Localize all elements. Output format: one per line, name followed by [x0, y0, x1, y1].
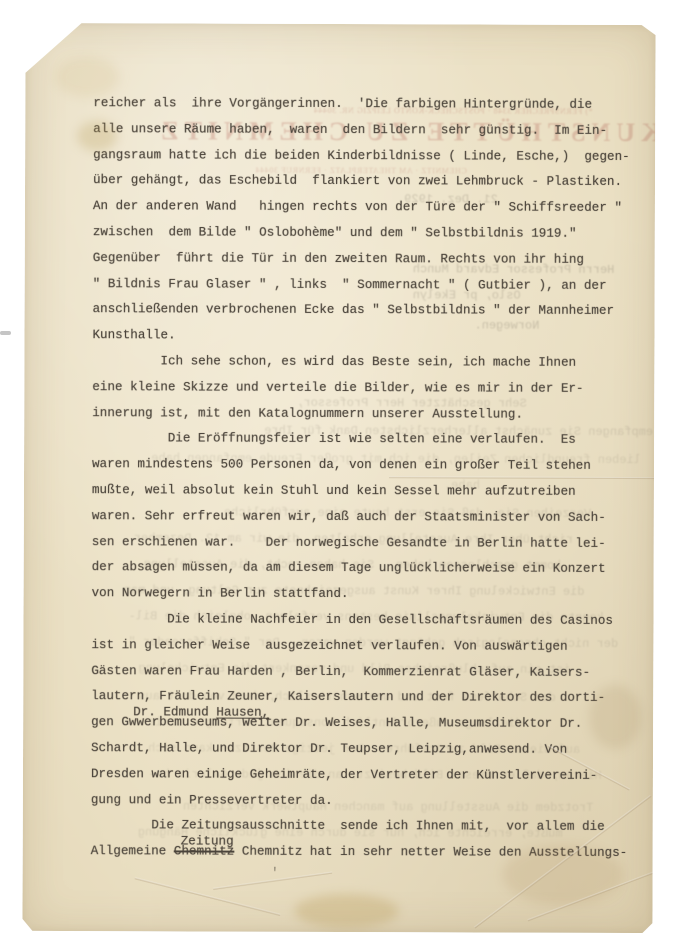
typed-line: anschließenden verbrochenen Ecke das " S…	[93, 302, 615, 320]
typed-line: Kunsthalle.	[92, 327, 175, 343]
paper-crease	[213, 872, 332, 890]
typed-line: waren mindestens 500 Personen da, von de…	[92, 456, 591, 474]
typed-text: anschließenden verbrochenen Ecke das " S…	[93, 303, 615, 319]
letter-paper: *) FERNSPRECHER 3348 · POSTSCHECK-KONTO …	[22, 23, 655, 933]
paper-crease	[389, 476, 654, 479]
typed-line: Gegenüber führt die Tür in den zweiten R…	[93, 250, 584, 268]
typed-text: eine kleine Skizze und verteile die Bild…	[92, 380, 583, 396]
typed-text: " Bildnis Frau Glaser " , links " Sommer…	[93, 277, 607, 293]
typed-line: Schardt, Halle, und Direktor Dr. Teupser…	[91, 740, 567, 758]
typed-line: Gästen waren Frau Harden , Berlin, Komme…	[91, 663, 590, 681]
typed-text: zwischen dem Bilde " Oslobohème" und dem…	[93, 225, 577, 241]
scanned-photo-background: *) FERNSPRECHER 3348 · POSTSCHECK-KONTO …	[0, 0, 678, 950]
typed-text: gangsraum hatte ich die beiden Kinderbil…	[93, 148, 630, 164]
typed-text: gen Gwwerbemuseums, weiter Dr. Weises, H…	[91, 715, 582, 731]
typed-line: innerung ist, mit den Katalognummern uns…	[92, 405, 523, 423]
typed-text: alle unsere Räume haben, waren den Bilde…	[93, 122, 607, 138]
typed-line: An der anderen Wand hingen rechts von de…	[93, 198, 622, 216]
typed-text: ist in gleicher Weise ausgezeichnet verl…	[91, 638, 567, 654]
typed-line: ist in gleicher Weise ausgezeichnet verl…	[91, 637, 567, 655]
typed-text: gung und ein Pressevertreter da.	[91, 793, 333, 808]
typed-line: der absagen müssen, da am diesem Tage un…	[92, 560, 606, 578]
typed-text: sen erschienen war. Der norwegische Gesa…	[92, 535, 606, 551]
typed-line: reicher als ihre Vorgängerinnen. 'Die fa…	[93, 95, 592, 113]
paper-crease	[135, 877, 281, 916]
struck-out-text: Chemnitz	[174, 845, 235, 859]
typed-text: Gästen waren Frau Harden , Berlin, Komme…	[91, 664, 590, 680]
typed-line: sen erschienen war. Der norwegische Gesa…	[92, 534, 606, 552]
typed-line: waren. Sehr erfreut waren wir, daß auch …	[92, 508, 606, 526]
typed-text: reicher als ihre Vorgängerinnen. 'Die fa…	[93, 96, 592, 112]
typed-line: eine kleine Skizze und verteile die Bild…	[92, 379, 583, 397]
typed-text: Dresden waren einige Geheimräte, der Ver…	[91, 767, 597, 783]
typed-line: mußte, weil absolut kein Stuhl und kein …	[92, 482, 576, 500]
typed-text: waren. Sehr erfreut waren wir, daß auch …	[92, 509, 606, 525]
typed-text: Kunsthalle.	[92, 328, 175, 342]
bleedthrough-text: Norwegen.	[475, 318, 540, 332]
typed-line: gangsraum hatte ich die beiden Kinderbil…	[93, 147, 630, 165]
typed-text: Chemnitz hat in sehr netter Weise den Au…	[234, 845, 627, 860]
paper-stain	[294, 894, 398, 928]
typed-text: innerung ist, mit den Katalognummern uns…	[92, 406, 523, 422]
typed-text: Gegenüber führt die Tür in den zweiten R…	[93, 251, 584, 267]
typed-line: gen Gwwerbemuseums, weiter Dr. Weises, H…	[91, 714, 582, 732]
paper-crease	[474, 795, 651, 928]
background-mark	[0, 331, 11, 335]
paper-crease	[527, 863, 677, 922]
typed-line: zwischen dem Bilde " Oslobohème" und dem…	[93, 224, 577, 242]
typed-line: Ich sehe schon, es wird das Beste sein, …	[92, 353, 576, 371]
typed-line: gung und ein Pressevertreter da.	[91, 792, 333, 809]
typed-text: Ich sehe schon, es wird das Beste sein, …	[92, 354, 576, 370]
typed-line: von Norwegern in Berlin stattfand.	[92, 585, 349, 602]
typed-text: Die Zeitungsausschnitte sende ich Ihnen …	[91, 819, 605, 835]
typed-text: mußte, weil absolut kein Stuhl und kein …	[92, 483, 576, 499]
typed-text: Schardt, Halle, und Direktor Dr. Teupser…	[91, 741, 567, 757]
typed-text: von Norwegern in Berlin stattfand.	[92, 586, 349, 601]
typed-text-layer: reicher als ihre Vorgängerinnen. 'Die fa…	[93, 95, 653, 97]
typed-line: Die Eröffnungsfeier ist wie selten eine …	[92, 431, 576, 449]
typed-text: An der anderen Wand hingen rechts von de…	[93, 199, 622, 215]
typed-line: Allgemeine Chemnitz Chemnitz hat in sehr…	[91, 843, 628, 861]
bleedthrough-text: '	[271, 867, 279, 881]
typed-text: der absagen müssen, da am diesem Tage un…	[92, 561, 606, 577]
typed-line: Die Zeitungsausschnitte sende ich Ihnen …	[91, 818, 605, 836]
typed-text: waren mindestens 500 Personen da, von de…	[92, 457, 591, 473]
paper-stain	[55, 57, 119, 97]
typed-line: Dresden waren einige Geheimräte, der Ver…	[91, 766, 597, 784]
typed-line: " Bildnis Frau Glaser " , links " Sommer…	[93, 276, 607, 294]
typed-line: Die kleine Nachfeier in den Gesellschaft…	[91, 611, 613, 629]
typed-text: über gehängt, das Eschebild flankiert vo…	[93, 174, 622, 190]
typed-text: Die kleine Nachfeier in den Gesellschaft…	[91, 612, 613, 628]
typed-text: lautern, Fräulein Zeuner, Kaiserslautern…	[91, 690, 605, 706]
typed-line: alle unsere Räume haben, waren den Bilde…	[93, 121, 607, 139]
typed-text: Die Eröffnungsfeier ist wie selten eine …	[92, 432, 576, 448]
typed-text: Allgemeine	[91, 844, 174, 858]
typed-line: über gehängt, das Eschebild flankiert vo…	[93, 173, 622, 191]
